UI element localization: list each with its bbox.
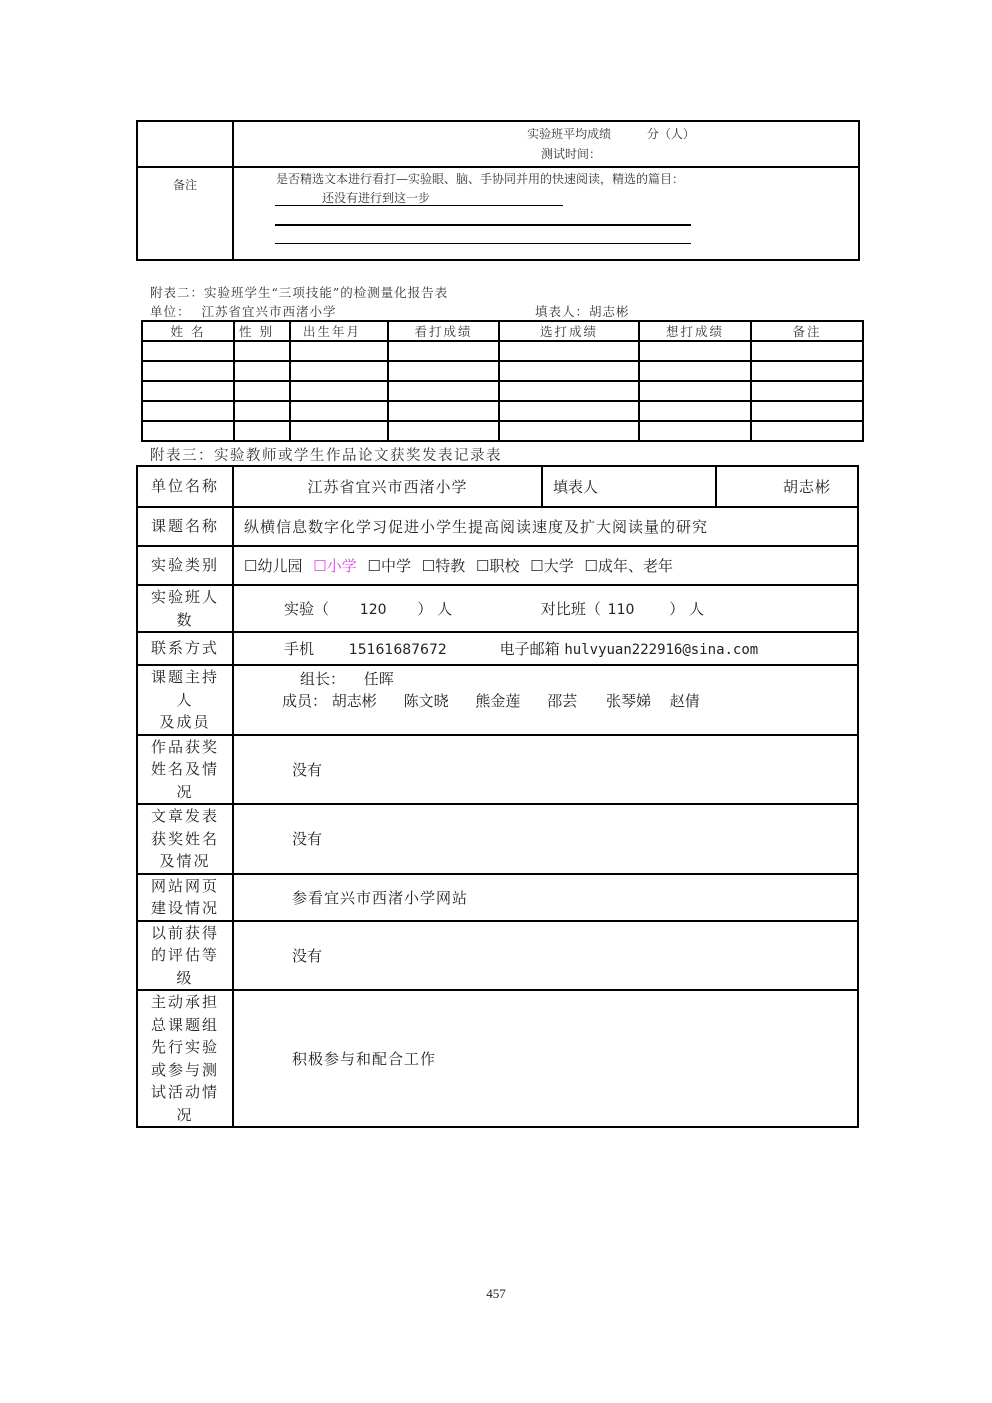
phone-number: 15161687672 <box>349 642 447 658</box>
checkbox-special-education[interactable]: ☐特教 <box>422 557 465 575</box>
header-name: 姓 名 <box>142 321 234 341</box>
unit-name-label: 单位名称 <box>137 466 233 507</box>
note-answer: 还没有进行到这一步 <box>322 189 430 206</box>
cell[interactable] <box>751 341 863 361</box>
filler-value: 胡志彬 <box>716 466 858 507</box>
cell[interactable] <box>388 381 499 401</box>
cell[interactable] <box>388 341 499 361</box>
cell[interactable] <box>499 381 639 401</box>
cell[interactable] <box>142 421 234 441</box>
row-topic: 课题名称 纵横信息数字化学习促进小学生提高阅读速度及扩大阅读量的研究 <box>137 507 858 546</box>
cell[interactable] <box>388 401 499 421</box>
header-gender: 性 别 <box>234 321 290 341</box>
cell[interactable] <box>290 341 388 361</box>
articles-value: 没有 <box>233 804 858 874</box>
cell[interactable] <box>290 381 388 401</box>
checkbox-primary-school[interactable]: ☐小学 <box>313 557 356 575</box>
cell[interactable] <box>234 361 290 381</box>
cell[interactable] <box>751 401 863 421</box>
cell[interactable] <box>234 381 290 401</box>
row-class-size: 实验班人 数 实验（ 120 ） 人 对比班（ 110 ） 人 <box>137 585 858 632</box>
class-size-label: 实验班人 数 <box>137 585 233 632</box>
row-contact: 联系方式 手机 15161687672 电子邮箱 hulvyuan222916@… <box>137 632 858 665</box>
member-name: 陈文晓 <box>404 692 449 710</box>
checkbox-icon: ☐ <box>422 557 435 575</box>
initiative-value: 积极参与和配合工作 <box>233 990 858 1127</box>
row-host: 课题主持 人 及成员 组长： 任晖 成员： 胡志彬 陈文晓 熊金莲 邵芸 张琴娣… <box>137 665 858 735</box>
website-label: 网站网页 建设情况 <box>137 874 233 921</box>
control-unit: ） 人 <box>669 600 704 618</box>
topic-value: 纵横信息数字化学习促进小学生提高阅读速度及扩大阅读量的研究 <box>233 507 858 546</box>
cell[interactable] <box>751 381 863 401</box>
table-row <box>142 381 863 401</box>
header-remarks: 备注 <box>751 321 863 341</box>
empty-label-cell <box>137 121 233 167</box>
leader-name: 任晖 <box>364 670 394 688</box>
cell[interactable] <box>234 341 290 361</box>
cell[interactable] <box>234 421 290 441</box>
topic-label: 课题名称 <box>137 507 233 546</box>
header-look-type-score: 看打成绩 <box>388 321 499 341</box>
awards-label: 作品获奖 姓名及情 况 <box>137 735 233 805</box>
table-row <box>142 401 863 421</box>
table-row <box>142 361 863 381</box>
table2-unit: 单位： 江苏省宜兴市西渚小学 <box>150 302 337 320</box>
member-name: 赵倩 <box>670 692 700 710</box>
cell[interactable] <box>142 401 234 421</box>
row-previous-rating: 以前获得 的评估等 级 没有 <box>137 921 858 991</box>
answer-underline <box>275 205 563 206</box>
table2-filler: 填表人：胡志彬 <box>535 302 630 320</box>
cell[interactable] <box>751 421 863 441</box>
table-row <box>142 341 863 361</box>
articles-label: 文章发表 获奖姓名 及情况 <box>137 804 233 874</box>
cell[interactable] <box>639 341 751 361</box>
cell[interactable] <box>639 381 751 401</box>
contact-values: 手机 15161687672 电子邮箱 hulvyuan222916@sina.… <box>233 632 858 665</box>
row-awards: 作品获奖 姓名及情 况 没有 <box>137 735 858 805</box>
checkbox-kindergarten[interactable]: ☐幼儿园 <box>244 557 302 575</box>
table-row <box>142 421 863 441</box>
website-value: 参看宜兴市西渚小学网站 <box>233 874 858 921</box>
host-values: 组长： 任晖 成员： 胡志彬 陈文晓 熊金莲 邵芸 张琴娣 赵倩 <box>233 665 858 735</box>
page-number: 457 <box>0 1286 992 1302</box>
host-label: 课题主持 人 及成员 <box>137 665 233 735</box>
contact-label: 联系方式 <box>137 632 233 665</box>
cell[interactable] <box>290 361 388 381</box>
unit-value: 江苏省宜兴市西渚小学 <box>202 304 337 319</box>
cell[interactable] <box>142 341 234 361</box>
checkbox-vocational[interactable]: ☐职校 <box>476 557 519 575</box>
cell[interactable] <box>388 361 499 381</box>
cell[interactable] <box>499 361 639 381</box>
experiment-unit: ） 人 <box>417 600 452 618</box>
experiment-count: 120 <box>360 602 387 618</box>
cell[interactable] <box>751 361 863 381</box>
row-initiative: 主动承担 总课题组 先行实验 或参与测 试活动情 况 积极参与和配合工作 <box>137 990 858 1127</box>
cell[interactable] <box>639 401 751 421</box>
cell[interactable] <box>290 401 388 421</box>
filler-label: 填表人 <box>542 466 716 507</box>
cell[interactable] <box>499 401 639 421</box>
cell[interactable] <box>639 361 751 381</box>
score-summary-cell: 实验班平均成绩 分（人） 测试时间： <box>233 121 859 167</box>
control-label: 对比班（ <box>541 600 601 618</box>
awards-record-table: 单位名称 江苏省宜兴市西渚小学 填表人 胡志彬 课题名称 纵横信息数字化学习促进… <box>136 465 859 1128</box>
average-score-label: 实验班平均成绩 <box>527 127 611 141</box>
awards-value: 没有 <box>233 735 858 805</box>
member-name: 张琴娣 <box>606 692 651 710</box>
note-cell: 是否精选文本进行看打—实验眼、脑、手协同并用的快速阅读，精选的篇目： 还没有进行… <box>233 167 859 260</box>
checkbox-adult-senior[interactable]: ☐成年、老年 <box>585 557 673 575</box>
table2-title: 附表二：实验班学生“三项技能”的检测量化报告表 <box>150 283 448 301</box>
test-time-label: 测试时间： <box>234 144 858 164</box>
row-category: 实验类别 ☐幼儿园 ☐小学 ☐中学 ☐特教 ☐职校 ☐大学 ☐成年、老年 <box>137 546 858 585</box>
average-score-unit: 分（人） <box>647 127 695 141</box>
leader-label: 组长： <box>300 670 345 688</box>
checkbox-icon: ☐ <box>476 557 489 575</box>
header-birth: 出生年月 <box>290 321 388 341</box>
member-name: 胡志彬 <box>332 692 377 710</box>
category-options: ☐幼儿园 ☐小学 ☐中学 ☐特教 ☐职校 ☐大学 ☐成年、老年 <box>233 546 858 585</box>
note-label: 备注 <box>137 167 233 260</box>
cell[interactable] <box>639 421 751 441</box>
table-header-row: 姓 名 性 别 出生年月 看打成绩 选打成绩 想打成绩 备注 <box>142 321 863 341</box>
checkbox-icon: ☐ <box>313 557 326 575</box>
score-table-fragment: 实验班平均成绩 分（人） 测试时间： 备注 是否精选文本进行看打—实验眼、脑、手… <box>136 120 860 261</box>
header-select-type-score: 选打成绩 <box>499 321 639 341</box>
previous-rating-label: 以前获得 的评估等 级 <box>137 921 233 991</box>
cell[interactable] <box>388 421 499 441</box>
email-address: hulvyuan222916@sina.com <box>564 642 758 658</box>
cell[interactable] <box>290 421 388 441</box>
unit-label: 单位： <box>150 304 191 319</box>
blank-line <box>275 224 691 226</box>
experiment-label: 实验（ <box>284 600 329 618</box>
cell[interactable] <box>142 361 234 381</box>
unit-name-value: 江苏省宜兴市西渚小学 <box>233 466 542 507</box>
phone-label: 手机 <box>284 640 314 658</box>
blank-line <box>275 243 691 244</box>
row-articles: 文章发表 获奖姓名 及情况 没有 <box>137 804 858 874</box>
checkbox-icon: ☐ <box>585 557 598 575</box>
email-label: 电子邮箱 <box>500 640 560 658</box>
control-count: 110 <box>608 602 635 618</box>
cell[interactable] <box>142 381 234 401</box>
previous-rating-value: 没有 <box>233 921 858 991</box>
table3-title: 附表三：实验教师或学生作品论文获奖发表记录表 <box>150 444 502 465</box>
checkbox-icon: ☐ <box>368 557 381 575</box>
cell[interactable] <box>499 421 639 441</box>
category-label: 实验类别 <box>137 546 233 585</box>
checkbox-middle-school[interactable]: ☐中学 <box>368 557 411 575</box>
row-website: 网站网页 建设情况 参看宜兴市西渚小学网站 <box>137 874 858 921</box>
header-think-type-score: 想打成绩 <box>639 321 751 341</box>
checkbox-icon: ☐ <box>244 557 257 575</box>
checkbox-university[interactable]: ☐大学 <box>530 557 573 575</box>
member-name: 熊金莲 <box>475 692 520 710</box>
skills-report-table: 姓 名 性 别 出生年月 看打成绩 选打成绩 想打成绩 备注 <box>141 320 864 442</box>
class-size-values: 实验（ 120 ） 人 对比班（ 110 ） 人 <box>233 585 858 632</box>
member-name: 邵芸 <box>547 692 577 710</box>
cell[interactable] <box>234 401 290 421</box>
members-label: 成员： <box>282 692 327 710</box>
initiative-label: 主动承担 总课题组 先行实验 或参与测 试活动情 况 <box>137 990 233 1127</box>
row-unit: 单位名称 江苏省宜兴市西渚小学 填表人 胡志彬 <box>137 466 858 507</box>
checkbox-icon: ☐ <box>530 557 543 575</box>
cell[interactable] <box>499 341 639 361</box>
note-question: 是否精选文本进行看打—实验眼、脑、手协同并用的快速阅读，精选的篇目： <box>276 170 684 187</box>
